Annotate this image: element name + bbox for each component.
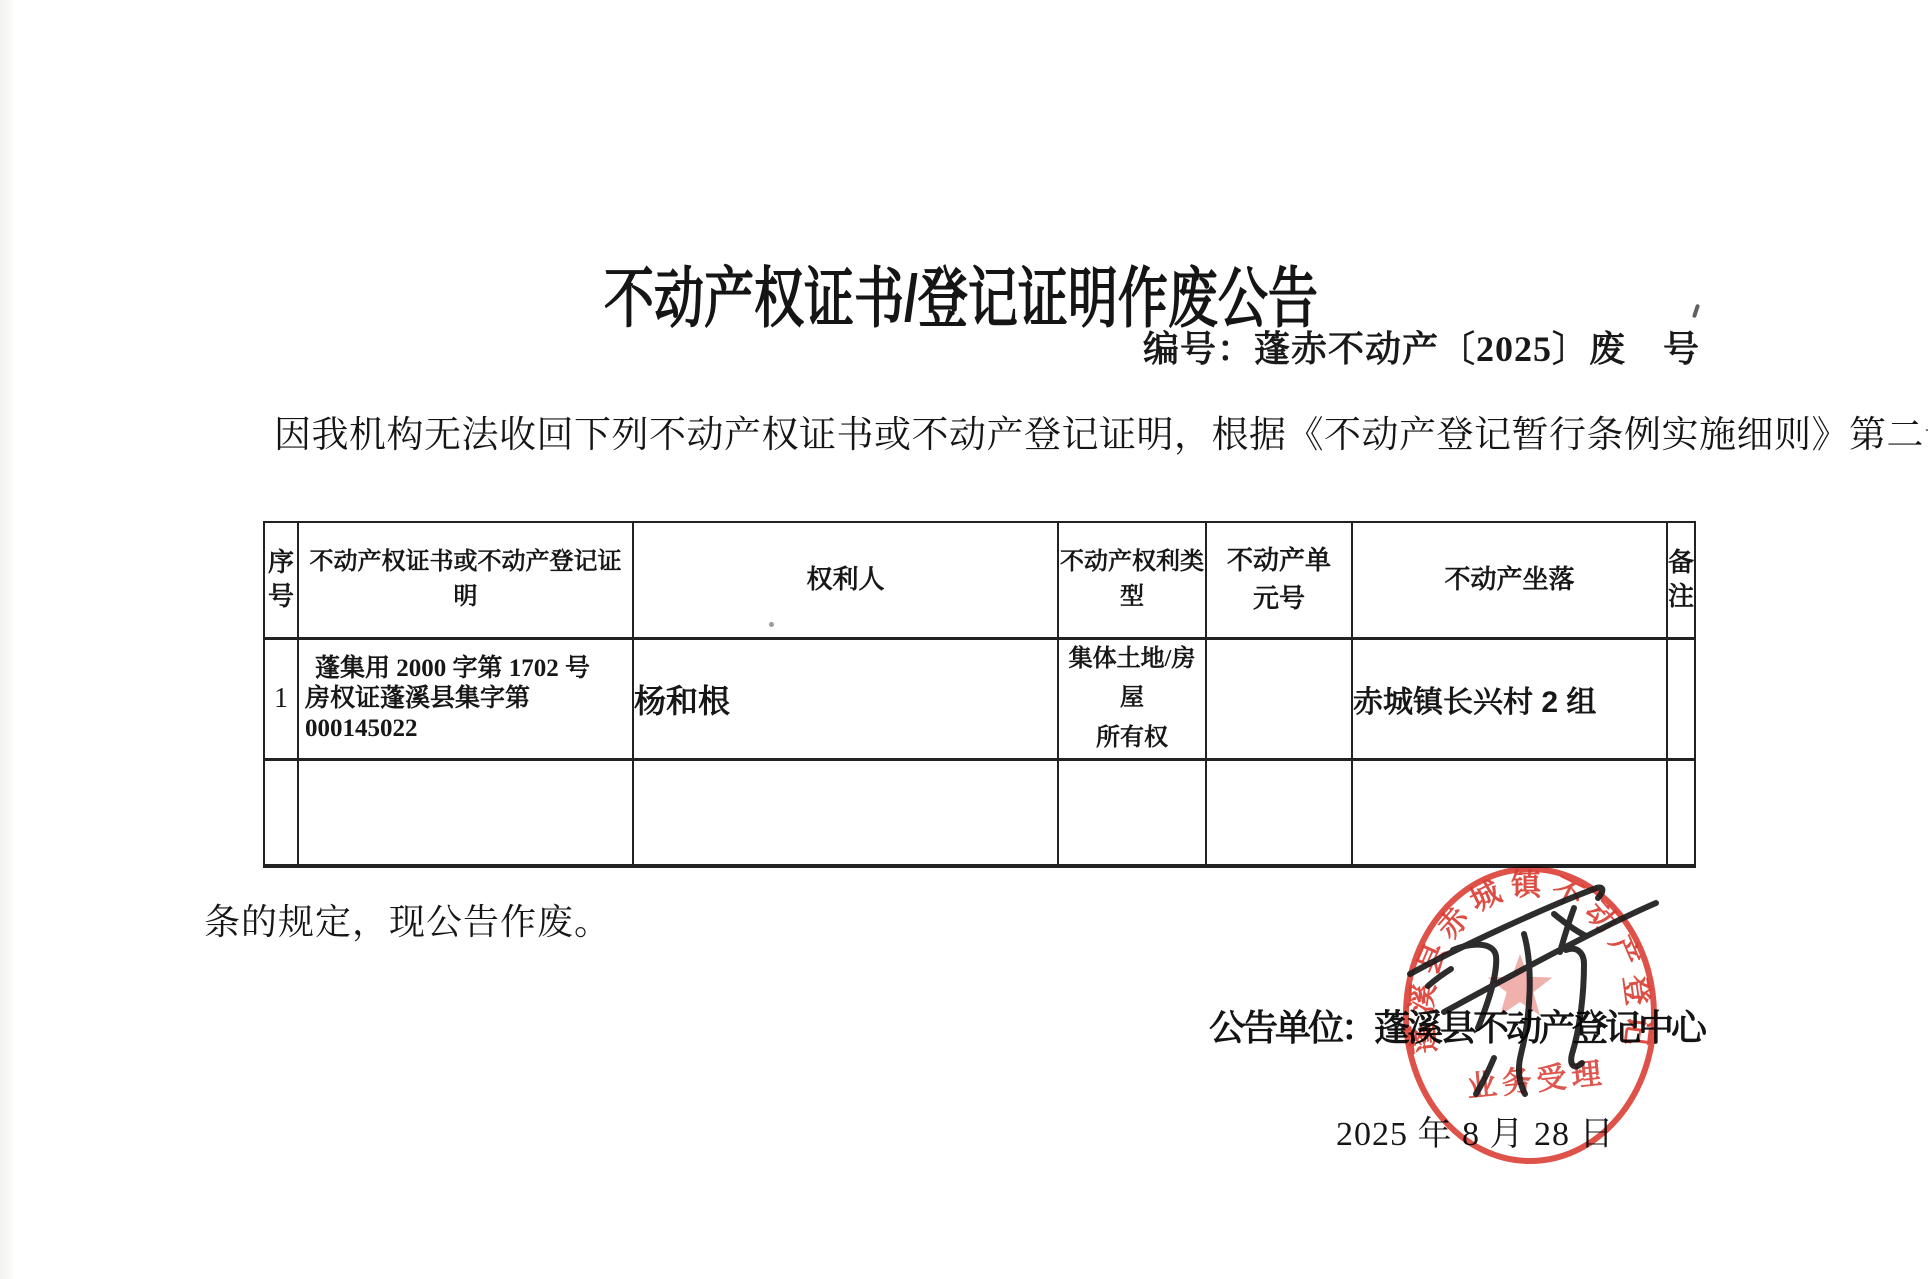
body-paragraph-line: 因我机构无法收回下列不动产权证书或不动产登记证明，根据《不动产登记暂行条例实施细…	[274, 404, 1928, 458]
document-page: 不动产权证书/登记证明作废公告 编号：蓬赤不动产〔2025〕废 号 因我机构无法…	[0, 0, 1928, 1279]
continuation-line: 条的规定，现公告作废。	[204, 894, 611, 945]
row1-location: 赤城镇长兴村 2 组	[1352, 638, 1667, 760]
header-remark: 备注	[1667, 522, 1695, 638]
header-seq: 序号	[264, 522, 298, 638]
row2-holder	[633, 760, 1058, 866]
row1-right-type: 集体土地/房屋 所有权	[1058, 638, 1206, 760]
header-holder: 权利人	[633, 522, 1058, 638]
row2-right-type	[1058, 760, 1206, 866]
row2-certificate	[298, 760, 633, 866]
row1-unit-no	[1206, 638, 1352, 760]
header-unit-no: 不动产单元号	[1206, 522, 1352, 638]
table-row-empty	[264, 760, 1695, 866]
row2-unit-no	[1206, 760, 1352, 866]
header-location: 不动产坐落	[1352, 522, 1667, 638]
header-right-type: 不动产权利类型	[1058, 522, 1206, 638]
row1-remark	[1667, 638, 1695, 760]
seal-svg: 蓬溪县赤城镇不动产登记 业务受理	[1398, 862, 1664, 1170]
row1-holder: 杨和根	[633, 638, 1058, 760]
header-certificate: 不动产权证书或不动产登记证明	[298, 522, 633, 638]
scan-artifact-tick	[1692, 304, 1700, 319]
row1-certificate-line1: 蓬集用 2000 字第 1702 号	[303, 654, 628, 684]
doc-number-line: 编号：蓬赤不动产〔2025〕废 号	[1143, 321, 1700, 372]
row1-certificate-line2: 房权证蓬溪县集字第 000145022	[303, 684, 628, 744]
row1-seq: 1	[264, 638, 298, 760]
row1-right-type-line1: 集体土地/房屋	[1059, 640, 1205, 719]
scan-artifact-dot	[769, 622, 774, 627]
official-seal-stamp: 蓬溪县赤城镇不动产登记 业务受理	[1398, 862, 1664, 1170]
table-header-row: 序号 不动产权证书或不动产登记证明 权利人 不动产权利类型 不动产单元号 不动产…	[264, 522, 1695, 638]
row1-right-type-line2: 所有权	[1059, 719, 1205, 759]
certificates-table: 序号 不动产权证书或不动产登记证明 权利人 不动产权利类型 不动产单元号 不动产…	[263, 521, 1696, 868]
row2-location	[1352, 760, 1667, 866]
row1-certificate: 蓬集用 2000 字第 1702 号 房权证蓬溪县集字第 000145022	[298, 638, 633, 760]
row2-remark	[1667, 760, 1695, 866]
table-row: 1 蓬集用 2000 字第 1702 号 房权证蓬溪县集字第 000145022…	[264, 638, 1695, 760]
row2-seq	[264, 760, 298, 866]
